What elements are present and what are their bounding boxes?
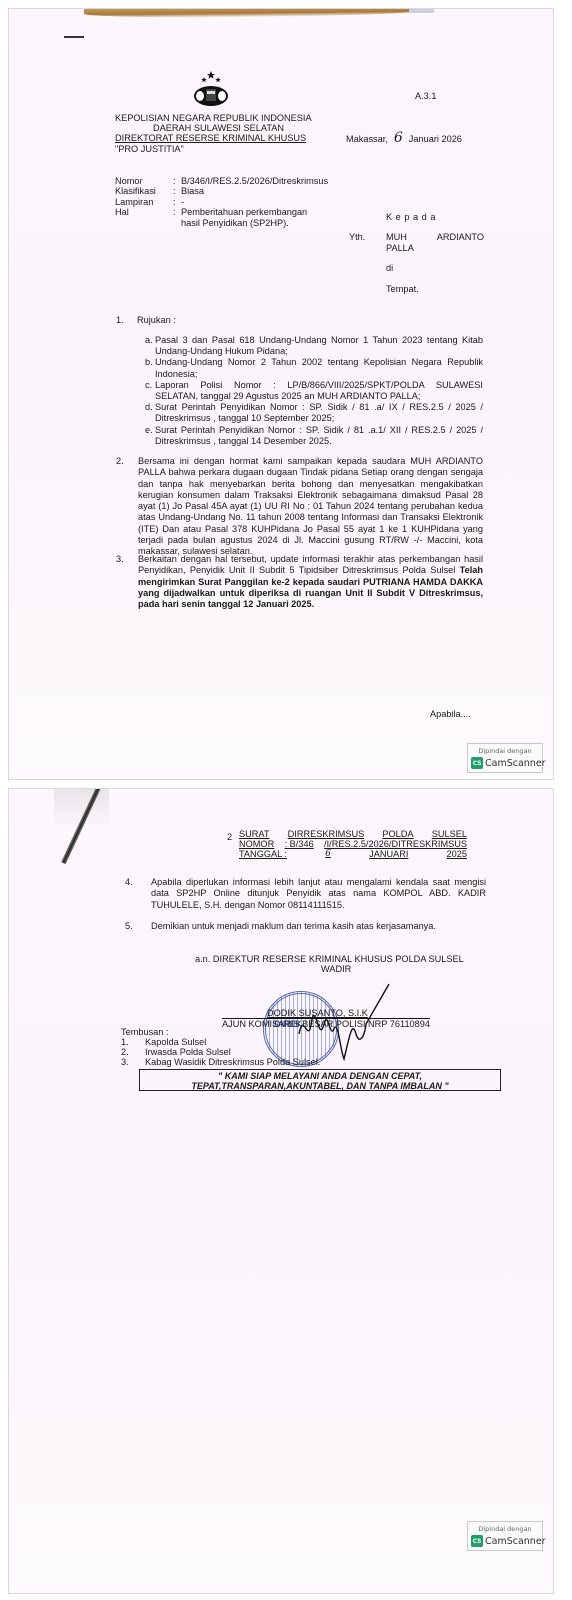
place-date: Makassar, 6 Januari 2026 [346, 133, 462, 145]
letterhead: KEPOLISIAN NEGARA REPUBLIK INDONESIA DAE… [115, 113, 312, 154]
service-motto-box: " KAMI SIAP MELAYANI ANDA DENGAN CEPAT, … [139, 1069, 501, 1091]
motto-line-1: " KAMI SIAP MELAYANI ANDA DENGAN CEPAT, [140, 1071, 500, 1081]
page2-header: SURAT DIRRESKRIMSUS POLDA SULSEL NOMOR :… [239, 829, 467, 860]
reference-d: d. Surat Perintah Penyidikan Nomor : SP.… [145, 402, 483, 424]
section-4-number: 4. [125, 877, 133, 887]
recipient-tempat: Tempat. [386, 284, 419, 295]
letterhead-region: DAERAH SULAWESI SELATAN [115, 123, 312, 133]
meta-row-lampiran: Lampiran : - [115, 197, 328, 207]
signatory-rank: AJUN KOMISARIS BESAR POLISI NRP 76110894 [222, 1018, 430, 1030]
motto-line-2: TEPAT,TRANSPARAN,AKUNTABEL, DAN TANPA IM… [140, 1081, 500, 1091]
header-row-tanggal: TANGGAL : 6 JANUARI 2025 [239, 849, 467, 859]
pen-mark-decoration [64, 36, 84, 38]
police-crest-icon [191, 69, 231, 109]
section-1-title: Rujukan : [137, 315, 176, 326]
section-2-text: Bersama ini dengan hormat kami sampaikan… [138, 456, 483, 558]
camscanner-logo-icon: CS [471, 757, 483, 769]
recipient-yth: Yth. [349, 232, 365, 243]
reference-a: a. Pasal 3 dan Pasal 618 Undang-Undang N… [145, 335, 483, 357]
continuation-text: Apabila.... [430, 709, 471, 720]
tembusan-item: 1. Kapolda Sulsel [121, 1037, 320, 1047]
header-row-nomor: NOMOR : B/346 /I/RES.2.5/2026/DITRESKRIM… [239, 839, 467, 849]
scanned-page-2: 2 SURAT DIRRESKRIMSUS POLDA SULSEL NOMOR… [8, 788, 554, 1594]
section-5-number: 5. [125, 921, 133, 931]
letterhead-motto: "PRO JUSTITIA" [115, 144, 312, 154]
signature-position: WADIR [321, 964, 351, 975]
section-4-text: Apabila diperlukan informasi lebih lanju… [151, 877, 486, 911]
city: Makassar, [346, 134, 388, 145]
reference-b: b. Undang-Undang Nomor 2 Tahun 2002 tent… [145, 357, 483, 379]
letterhead-institution: KEPOLISIAN NEGARA REPUBLIK INDONESIA [115, 113, 312, 123]
tembusan-list: 1. Kapolda Sulsel 2. Irwasda Polda Sulse… [121, 1037, 320, 1067]
reference-list: a. Pasal 3 dan Pasal 618 Undang-Undang N… [145, 335, 483, 447]
camscanner-logo-icon: CS [471, 1535, 483, 1547]
tape-end-decoration [409, 9, 434, 13]
handwritten-day: 6 [394, 133, 403, 144]
recipient-name-line1: MUH ARDIANTO [386, 232, 484, 243]
section-5-text: Demikian untuk menjadi maklum dan terima… [151, 921, 486, 932]
tembusan-item: 3. Kabag Wasidik Ditreskrimsus Polda Sul… [121, 1057, 320, 1067]
meta-row-nomor: Nomor : B/346/I/RES.2.5/2026/Ditreskrims… [115, 176, 328, 186]
recipient-di: di [386, 263, 393, 274]
reference-c: c. Laporan Polisi Nomor : LP/B/866/VIII/… [145, 380, 483, 402]
meta-row-klasifikasi: Klasifikasi : Biasa [115, 186, 328, 196]
month-year: Januari 2026 [409, 134, 462, 145]
tembusan-item: 2. Irwasda Polda Sulsel [121, 1047, 320, 1057]
letter-metadata: Nomor : B/346/I/RES.2.5/2026/Ditreskrims… [115, 176, 328, 228]
page-number: 2 [227, 832, 232, 843]
camscanner-badge: Dipindai dengan CS CamScanner [467, 743, 543, 773]
form-code: A.3.1 [415, 91, 436, 102]
header-row-surat: SURAT DIRRESKRIMSUS POLDA SULSEL [239, 829, 467, 839]
meta-row-hal-cont: hasil Penyidikan (SP2HP). [115, 218, 328, 228]
meta-row-hal: Hal : Pemberitahuan perkembangan [115, 207, 328, 217]
section-3-text: Berkaitan dengan hal tersebut, update in… [138, 554, 483, 610]
recipient-name-line2: PALLA [386, 243, 414, 254]
camscanner-badge: Dipindai dengan CS CamScanner [467, 1521, 543, 1551]
section-2-number: 2. [116, 456, 124, 466]
section-3-number: 3. [116, 554, 124, 564]
letterhead-directorate: DIREKTORAT RESERSE KRIMINAL KHUSUS [115, 133, 312, 143]
section-1-number: 1. [116, 315, 124, 325]
recipient-kepada: K e p a d a [386, 212, 436, 223]
reference-e: e. Surat Perintah Penyidikan Nomor : SP.… [145, 425, 483, 447]
scanned-page-1: A.3.1 KEPOLISIAN NEGARA REPUBLIK INDONES… [8, 8, 554, 780]
section-3-text-normal: Berkaitan dengan hal tersebut, update in… [138, 554, 483, 575]
